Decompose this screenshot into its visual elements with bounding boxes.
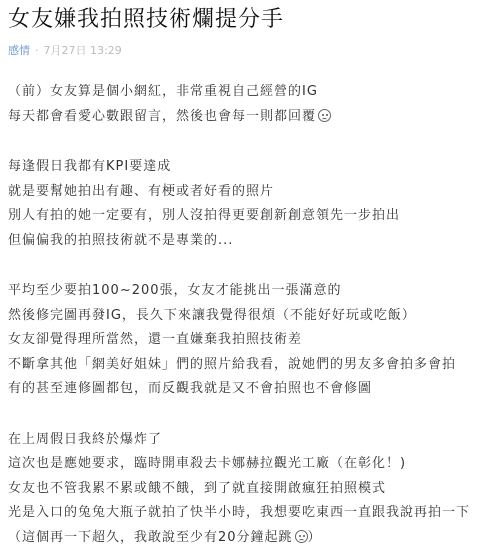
body-line: 有的甚至連修圖都包，而反觀我就是又不會拍照也不會修圖 <box>8 377 502 402</box>
body-line: 光是入口的兔兔大瓶子就拍了快半小時，我想要吃東西一直跟我說再拍一下 <box>8 501 502 526</box>
post-timestamp: 7月27日 13:29 <box>44 44 122 57</box>
sad-face-icon <box>318 109 331 122</box>
body-line: 每逢假日我都有KPI要達成 <box>8 155 502 180</box>
post-meta: 感情·7月27日 13:29 <box>8 44 502 58</box>
paragraph: 每逢假日我都有KPI要達成 就是要幫她拍出有趣、有梗或者好看的照片 別人有拍的她… <box>8 155 502 253</box>
body-line: 女友也不管我累不累或餓不餓，到了就直接開啟瘋狂拍照模式 <box>8 477 502 502</box>
paragraph: 在上周假日我終於爆炸了 這次也是應她要求，臨時開車殺去卡娜赫拉觀光工廠（在彰化！… <box>8 428 502 551</box>
body-line: 但偏偏我的拍照技術就不是專業的... <box>8 229 502 254</box>
body-line: 就是要幫她拍出有趣、有梗或者好看的照片 <box>8 180 502 205</box>
post-title: 女友嫌我拍照技術爛提分手 <box>8 5 502 35</box>
post-container: 女友嫌我拍照技術爛提分手 感情·7月27日 13:29 （前）女友算是個小網紅，… <box>0 5 502 550</box>
line-text: （這個再一下超久，我敢說至少有20分鐘起跳 <box>8 530 293 545</box>
body-line: 這次也是應她要求，臨時開車殺去卡娜赫拉觀光工廠（在彰化！) <box>8 452 502 477</box>
paragraph: （前）女友算是個小網紅，非常重視自己經營的IG 每天都會看愛心數跟留言，然後也會… <box>8 80 502 129</box>
category-link[interactable]: 感情 <box>8 44 30 57</box>
body-line: （這個再一下超久，我敢說至少有20分鐘起跳） <box>8 526 502 551</box>
body-line: 女友卻覺得理所當然，還一直嫌棄我拍照技術差 <box>8 328 502 353</box>
body-line: 平均至少要拍100~200張，女友才能挑出一張滿意的 <box>8 279 502 304</box>
body-line: 別人有拍的她一定要有，別人沒拍得更要創新創意領先一步拍出 <box>8 204 502 229</box>
meta-separator: · <box>35 44 39 57</box>
body-line: 不斷拿其他「網美好姐妹」們的照片給我看，說她們的男友多會拍多會拍 <box>8 353 502 378</box>
line-text: 每天都會看愛心數跟留言，然後也會每一則都回覆 <box>8 109 316 124</box>
line-suffix: ） <box>308 530 322 545</box>
line-text: （前）女友算是個小網紅，非常重視自己經營的IG <box>8 84 318 99</box>
paragraph: 平均至少要拍100~200張，女友才能挑出一張滿意的 然後修完圖再發IG，長久下… <box>8 279 502 402</box>
body-line: 然後修完圖再發IG，長久下來讓我覺得很煩（不能好好玩或吃飯） <box>8 304 502 329</box>
body-line: （前）女友算是個小網紅，非常重視自己經營的IG <box>8 80 502 105</box>
body-line: 每天都會看愛心數跟留言，然後也會每一則都回覆 <box>8 105 502 130</box>
body-line: 在上周假日我終於爆炸了 <box>8 428 502 453</box>
sad-face-icon <box>295 530 308 543</box>
post-body: （前）女友算是個小網紅，非常重視自己經營的IG 每天都會看愛心數跟留言，然後也會… <box>8 80 502 550</box>
